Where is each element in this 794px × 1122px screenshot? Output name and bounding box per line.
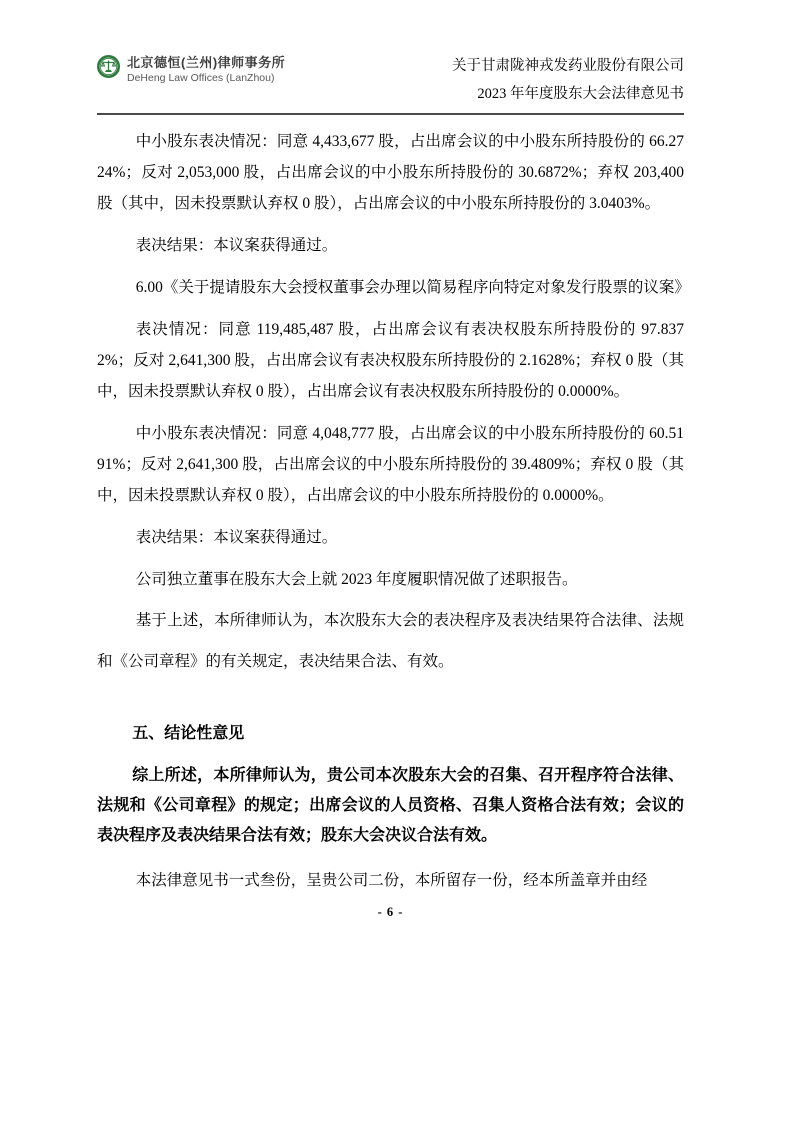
doc-title-line1: 关于甘肃陇神戎发药业股份有限公司 bbox=[452, 52, 684, 80]
paragraph-vote-result-1: 表决结果：本议案获得通过。 bbox=[97, 230, 684, 261]
doc-title-line2: 2023 年年度股东大会法律意见书 bbox=[452, 80, 684, 108]
paragraph-minor-shareholder-vote-2: 中小股东表决情况：同意 4,048,777 股，占出席会议的中小股东所持股份的 … bbox=[97, 418, 684, 511]
document-header-title: 关于甘肃陇神戎发药业股份有限公司 2023 年年度股东大会法律意见书 bbox=[452, 52, 684, 108]
section-heading-conclusion: 五、结论性意见 bbox=[97, 718, 684, 749]
paragraph-minor-shareholder-vote-1: 中小股东表决情况：同意 4,433,677 股，占出席会议的中小股东所持股份的 … bbox=[97, 126, 684, 219]
deheng-logo-icon bbox=[97, 55, 120, 78]
document-page: 北京德恒(兰州)律师事务所 DeHeng Law Offices (LanZho… bbox=[0, 0, 794, 1122]
page-header: 北京德恒(兰州)律师事务所 DeHeng Law Offices (LanZho… bbox=[97, 52, 684, 108]
firm-names: 北京德恒(兰州)律师事务所 DeHeng Law Offices (LanZho… bbox=[127, 55, 285, 85]
paragraph-independent-directors: 公司独立董事在股东大会上就 2023 年度履职情况做了述职报告。 bbox=[97, 564, 684, 595]
document-body: 中小股东表决情况：同意 4,433,677 股，占出席会议的中小股东所持股份的 … bbox=[97, 126, 684, 896]
firm-identity: 北京德恒(兰州)律师事务所 DeHeng Law Offices (LanZho… bbox=[97, 52, 285, 85]
firm-name-en: DeHeng Law Offices (LanZhou) bbox=[127, 71, 285, 85]
paragraph-proposal-6: 6.00《关于提请股东大会授权董事会办理以简易程序向特定对象发行股票的议案》 bbox=[97, 272, 684, 303]
paragraph-conclusion: 综上所述，本所律师认为，贵公司本次股东大会的召集、召开程序符合法律、法规和《公司… bbox=[97, 761, 684, 851]
firm-name-cn: 北京德恒(兰州)律师事务所 bbox=[127, 55, 285, 71]
header-divider bbox=[97, 113, 684, 115]
page-number: - 6 - bbox=[97, 905, 684, 920]
paragraph-lawyer-opinion: 基于上述，本所律师认为，本次股东大会的表决程序及表决结果符合法律、法规和《公司章… bbox=[97, 600, 684, 682]
paragraph-vote-result-2: 表决结果：本议案获得通过。 bbox=[97, 522, 684, 553]
paragraph-closing: 本法律意见书一式叁份，呈贵公司二份，本所留存一份，经本所盖章并由经 bbox=[97, 865, 684, 896]
paragraph-vote-situation: 表决情况：同意 119,485,487 股，占出席会议有表决权股东所持股份的 9… bbox=[97, 314, 684, 407]
